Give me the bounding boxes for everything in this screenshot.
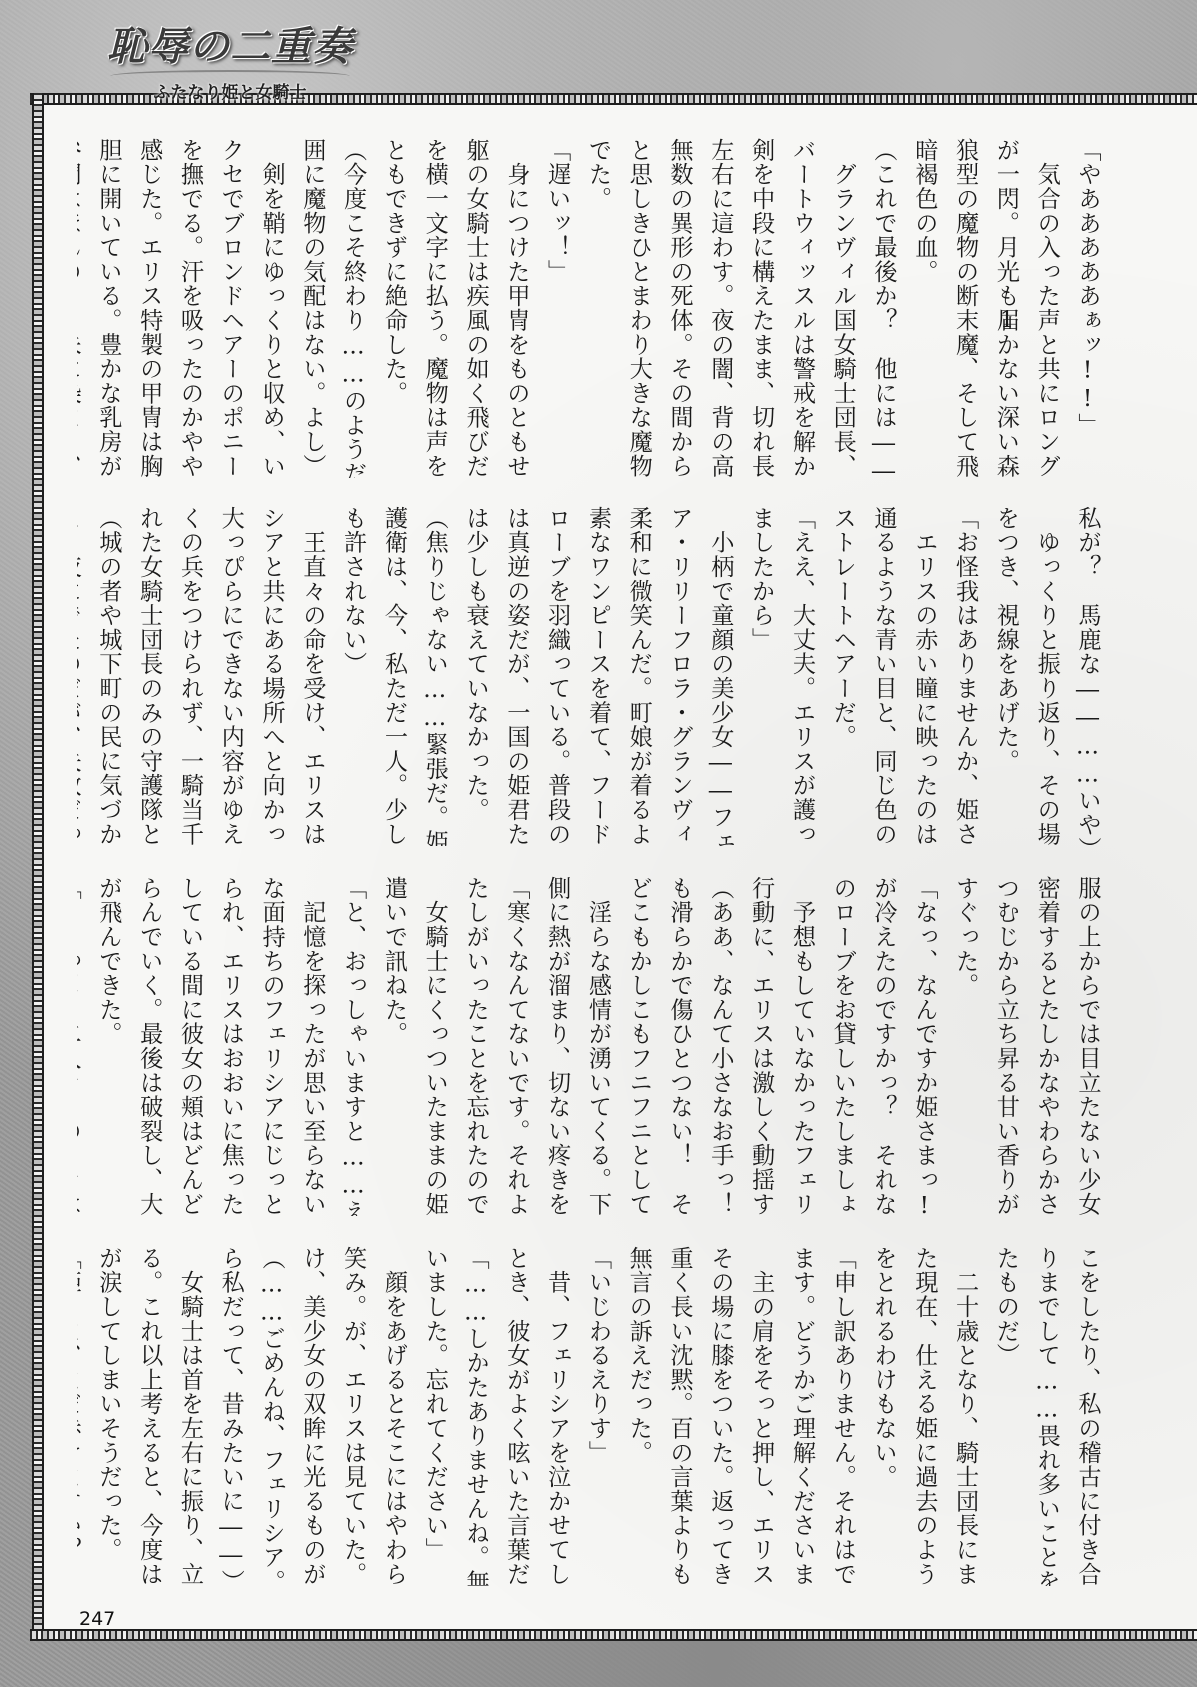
text-column: 左右に這わす。夜の闇、背の高い木々、 bbox=[699, 138, 740, 478]
text-column: らんでいく。最後は破裂し、大きな声 bbox=[128, 876, 169, 1216]
text-column: （……ごめんね、フェリシア。本当な bbox=[250, 1246, 291, 1586]
text-column: 女騎士は首を左右に振り、立ちあが bbox=[169, 1246, 210, 1586]
text-column: た現在、仕える姫に過去のような態度 bbox=[903, 1246, 944, 1586]
text-column: 小柄で童顔の美少女――フェリシ bbox=[699, 506, 740, 846]
text-column: 服の上からでは目立たない少女の乳も、 bbox=[1066, 876, 1107, 1216]
text-column: 囲に魔物の気配はない。よし） bbox=[291, 138, 332, 478]
text-column: エリスの赤い瞳に映ったのは、透き bbox=[903, 506, 944, 846]
text-column: 剣を中段に構えたまま、切れ長の目を bbox=[740, 138, 781, 478]
text-column: ら私だって、昔みたいに――） bbox=[209, 1246, 250, 1586]
text-column: 「遅いッ！」 bbox=[536, 138, 577, 478]
text-column: 気合の入った声と共にロングソード bbox=[1025, 138, 1066, 478]
text-column: け、美少女の双眸に光るものがあった。 bbox=[291, 1246, 332, 1586]
text-column: グランヴィル国女騎士団長、エリス・ bbox=[821, 138, 862, 478]
text-column: 無数の異形の死体。その間から、ボス bbox=[658, 138, 699, 478]
text-column: （焦りじゃない……緊張だ。姫さまの bbox=[413, 506, 454, 846]
page-number: 247 bbox=[79, 1608, 115, 1630]
text-column: 「申し訳ありません。それはできかね bbox=[821, 1246, 862, 1586]
text-column: 「やあああああぁッ!!」 bbox=[1066, 138, 1107, 478]
text-column: している間に彼女の頬はどんどんふく bbox=[169, 876, 210, 1216]
text-column: のローブをお貸しいたしましょうっ！」 bbox=[821, 876, 862, 1216]
text-column: が冷えたのですかっ？ それならば私 bbox=[862, 876, 903, 1216]
text-column: 予想もしていなかったフェリシアの bbox=[781, 876, 822, 1216]
text-column: 通るような青い目と、同じ色のロング bbox=[862, 506, 903, 846]
text-column: られ、エリスはおおいに焦った。そう bbox=[209, 876, 250, 1216]
text-column: 「もうっ！ 二人きりのときは、昔み bbox=[77, 876, 87, 1216]
text-column: は真逆の姿だが、一国の姫君たる気品 bbox=[495, 506, 536, 846]
text-column: ローブを羽織っている。普段の彼女と bbox=[536, 506, 577, 846]
text-column: すぐった。 bbox=[944, 876, 985, 1216]
text-column: よう夜にでたのだが、失敗だったか？ bbox=[77, 506, 87, 846]
text-column: 躯の女騎士は疾風の如く飛びだし、剣 bbox=[454, 138, 495, 478]
text-column: 側に熱が溜まり、切ない疼きを覚えた。 bbox=[536, 876, 577, 1216]
text-column: 「と、おっしゃいますと……ええと？」 bbox=[332, 876, 373, 1216]
text-column: る。これ以上考えると、今度はこちら bbox=[128, 1246, 169, 1586]
text-column: 密着するとたしかなやわらかさがある。 bbox=[1025, 876, 1066, 1216]
text-column: 私が？ 馬鹿な――……いや） bbox=[1066, 506, 1107, 846]
text-column: たしがいったことを忘れたのですか？」 bbox=[454, 876, 495, 1216]
text-column: ともできずに絶命した。 bbox=[373, 138, 414, 478]
text-column: が一閃。月光も届かない深い森に響く、 bbox=[985, 138, 1026, 478]
text-tier-4: こをしたり、私の稽古に付き合わせたりまでして……畏れ多いことをしていたものだ） … bbox=[77, 1246, 1107, 1586]
text-column: をとれるわけもない。 bbox=[862, 1246, 903, 1586]
text-column: 主の肩をそっと押し、エリスは再び bbox=[740, 1246, 781, 1586]
text-column: とき、彼女がよく呟いた言葉だった。 bbox=[495, 1246, 536, 1586]
text-column: 素なワンピースを着て、フード付きの bbox=[577, 506, 618, 846]
text-column: 身につけた甲冑をものともせず、長 bbox=[495, 138, 536, 478]
text-column: れた女騎士団長のみの守護隊となった。 bbox=[128, 506, 169, 846]
text-column: 顔をあげるとそこにはやわらかな微 bbox=[373, 1246, 414, 1586]
text-column: つむじから立ち昇る甘い香りが鼻をく bbox=[985, 876, 1026, 1216]
chain-border-bottom bbox=[30, 1629, 1197, 1641]
text-column: 「ええ、大丈夫。エリスが護ってくれ bbox=[781, 506, 822, 846]
text-column: その場に膝をついた。返ってきたのは bbox=[699, 1246, 740, 1586]
text-column: な面持ちのフェリシアにじっと見つめ bbox=[250, 876, 291, 1216]
text-column: 護衛は、今、私ただ一人。少しの油断 bbox=[373, 506, 414, 846]
chain-border-left bbox=[32, 93, 44, 1641]
text-column: 剣を鞘にゆっくりと収め、いつもの bbox=[250, 138, 291, 478]
text-column: 「なっ、なんですか姫さまっ!? お躰 bbox=[903, 876, 944, 1216]
text-column: ゆっくりと振り返り、その場に片膝 bbox=[1025, 506, 1066, 846]
text-column: シアと共にある場所へと向かっている。 bbox=[250, 506, 291, 846]
text-column: バートウィッスルは警戒を解かない。 bbox=[781, 138, 822, 478]
text-column: 胆に開いている。豊かな乳房がつくる bbox=[87, 138, 128, 478]
text-tier-1: 「やあああああぁッ!!」 気合の入った声と共にロングソードが一閃。月光も届かない… bbox=[77, 138, 1107, 478]
text-column: こをしたり、私の稽古に付き合わせた bbox=[1066, 1246, 1107, 1586]
text-column: 記憶を探ったが思い至らない。真剣 bbox=[291, 876, 332, 1216]
text-column: も許されない） bbox=[332, 506, 373, 846]
text-column: 大っぴらにできない内容がゆえに、多 bbox=[209, 506, 250, 846]
text-column: を横一文字に払う。魔物は声をだすこ bbox=[413, 138, 454, 478]
text-column: ア・リリーフロラ・グランヴィル姫が bbox=[658, 506, 699, 846]
book-title: 恥辱の二重奏 bbox=[95, 22, 365, 72]
text-tier-2: 私が？ 馬鹿な――……いや） ゆっくりと振り返り、その場に片膝をつき、視線をあげ… bbox=[77, 506, 1107, 846]
text-column: が涙してしまいそうだった。 bbox=[87, 1246, 128, 1586]
text-tier-3: 服の上からでは目立たない少女の乳も、密着するとたしかなやわらかさがある。つむじか… bbox=[77, 876, 1107, 1216]
text-column: （今度こそ終わり……のようだな。周 bbox=[332, 138, 373, 478]
text-column: 「寒くなんてないです。それより、わ bbox=[495, 876, 536, 1216]
text-column: 無言の訴えだった。 bbox=[617, 1246, 658, 1586]
text-column: と思しきひとまわり大きな魔物が躍り bbox=[617, 138, 658, 478]
text-column: クセでブロンドヘアーのポニーテール bbox=[209, 138, 250, 478]
text-column: 遣いで訊ねた。 bbox=[373, 876, 414, 1216]
text-column: ましたから」 bbox=[740, 506, 781, 846]
text-column: 暗褐色の血。 bbox=[903, 138, 944, 478]
text-column: 笑み。が、エリスは見ていた。一瞬だ bbox=[332, 1246, 373, 1586]
text-column: は少しも衰えていなかった。 bbox=[454, 506, 495, 846]
text-column: 二十歳となり、騎士団長にまでなっ bbox=[944, 1246, 985, 1586]
text-column: 行動に、エリスは激しく動揺する。 bbox=[740, 876, 781, 1216]
text-column: 感じた。エリス特製の甲冑は胸部が大 bbox=[128, 138, 169, 478]
text-column: 「姫さま、まだ歩けますか？ 急いだ bbox=[77, 1246, 87, 1586]
text-column: を撫でる。汗を吸ったのかやや重たく bbox=[169, 138, 210, 478]
text-column: 狼型の魔物の断末魔、そして飛び散る bbox=[944, 138, 985, 478]
text-column: （城の者や城下町の民に気づかれない bbox=[87, 506, 128, 846]
text-column: 淫らな感情が湧いてくる。下着の内 bbox=[577, 876, 618, 1216]
text-column: 王直々の命を受け、エリスはフェリ bbox=[291, 506, 332, 846]
text-column: 「……しかたありませんね。無理をい bbox=[454, 1246, 495, 1586]
text-column: をつき、視線をあげた。 bbox=[985, 506, 1026, 846]
text-column: たものだ） bbox=[985, 1246, 1026, 1586]
text-column: が飛んできた。 bbox=[87, 876, 128, 1216]
text-column: （これで最後か？ 他には――） bbox=[862, 138, 903, 478]
text-column: 「お怪我はありませんか、姫さま」 bbox=[944, 506, 985, 846]
text-column: どこもかしこもフニフニとして……！） bbox=[617, 876, 658, 1216]
text-column: 昔、フェリシアを泣かせてしまった bbox=[536, 1246, 577, 1586]
text-column: でた。 bbox=[577, 138, 618, 478]
text-column: も滑らかで傷ひとつない！ それに、 bbox=[658, 876, 699, 1216]
text-column: 「いじわるえりす」 bbox=[577, 1246, 618, 1586]
text-column: りまでして……畏れ多いことをしてい bbox=[1025, 1246, 1066, 1586]
book-title-logo: 恥辱の二重奏 ふたなり姫と女騎士 bbox=[95, 22, 365, 112]
text-column: 重く長い沈黙。百の言葉よりも堪える、 bbox=[658, 1246, 699, 1586]
text-column: いました。忘れてください」 bbox=[413, 1246, 454, 1586]
text-column: ます。どうかご理解くださいませ」 bbox=[781, 1246, 822, 1586]
text-column: くの兵をつけられず、一騎当千と謳わ bbox=[169, 506, 210, 846]
text-column: （ああ、なんて小さなお手っ！ とて bbox=[699, 876, 740, 1216]
text-column: ストレートヘアーだ。 bbox=[821, 506, 862, 846]
text-column: 柔和に微笑んだ。町娘が着るような質 bbox=[617, 506, 658, 846]
text-column: 女騎士にくっついたままの姫は上目 bbox=[413, 876, 454, 1216]
text-column: 谷間はほんのりと朱に染まり、蒸れて bbox=[77, 138, 87, 478]
book-subtitle: ふたなり姫と女騎士 bbox=[95, 78, 365, 103]
